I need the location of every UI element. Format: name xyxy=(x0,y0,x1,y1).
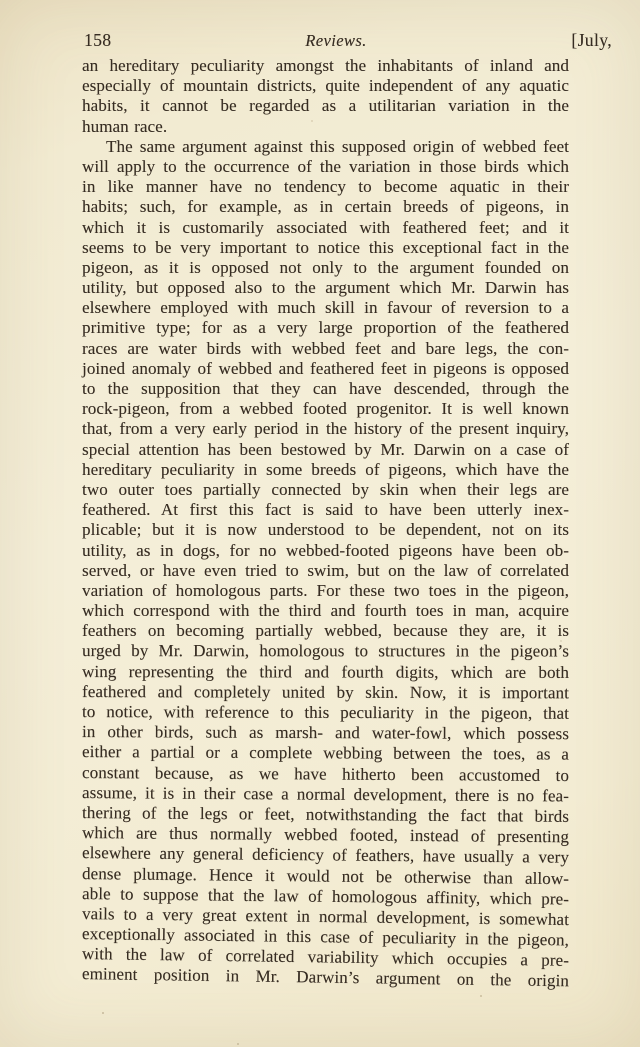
issue-date-label: [July, xyxy=(379,30,612,51)
text-line: races are water birds with webbed feet a… xyxy=(82,339,569,359)
paper-specks xyxy=(0,0,2,2)
text-line: pigeon, as it is opposed not only to the… xyxy=(82,258,569,278)
text-line: habits; such, for example, as in certain… xyxy=(82,197,569,217)
text-line: plicable; but it is now understood to be… xyxy=(82,520,569,540)
text-line: two outer toes partially connected by sk… xyxy=(82,480,569,500)
text-line: an hereditary peculiarity amongst the in… xyxy=(82,56,569,76)
text-line: urged by Mr. Darwin, homologous to struc… xyxy=(82,641,569,662)
text-line: to notice, with reference to this peculi… xyxy=(82,702,569,724)
text-line: primitive type; for as a very large prop… xyxy=(82,318,569,338)
text-line: either a partial or a complete webbing b… xyxy=(82,742,569,765)
page-number: 158 xyxy=(84,30,317,51)
text-line: in other birds, such as marsh- and water… xyxy=(82,722,569,744)
text-line: wing representing the third and fourth d… xyxy=(82,662,569,683)
text-line: hereditary peculiarity in some breeds of… xyxy=(82,460,569,480)
text-line: utility, but opposed also to the argumen… xyxy=(82,278,569,298)
text-line: habits, it cannot be regarded as a utili… xyxy=(82,96,569,116)
text-line: special attention has been bestowed by M… xyxy=(82,440,569,460)
page-body: an hereditary peculiarity amongst the in… xyxy=(82,56,569,985)
text-line: joined anomaly of webbed and feathered f… xyxy=(82,359,569,379)
text-line: feathered. At first this fact is said to… xyxy=(82,500,569,520)
text-line: that, from a very early period in the hi… xyxy=(82,419,569,439)
text-line: constant because, as we have hitherto be… xyxy=(82,763,569,786)
text-line: especially of mountain districts, quite … xyxy=(82,76,569,96)
text-line: variation of homologous parts. For these… xyxy=(82,581,569,601)
page-header: 158 Reviews. [July, xyxy=(84,30,612,51)
text-line: rock-pigeon, from a webbed footed progen… xyxy=(82,399,569,419)
text-line: to the supposition that they can have de… xyxy=(82,379,569,399)
text-line: served, or have even tried to swim, but … xyxy=(82,561,569,581)
text-line: feathered and completely united by skin.… xyxy=(82,682,569,703)
text-line: elsewhere employed with much skill in fa… xyxy=(82,298,569,318)
text-line: seems to be very important to notice thi… xyxy=(82,238,569,258)
running-title: Reviews. xyxy=(305,31,366,51)
text-line: feathers on becoming partially webbed, b… xyxy=(82,621,569,641)
text-line: which correspond with the third and four… xyxy=(82,601,569,621)
text-line: in like manner have no tendency to becom… xyxy=(82,177,569,197)
text-line: will apply to the occurrence of the vari… xyxy=(82,157,569,177)
text-line: which it is customarily associated with … xyxy=(82,218,569,238)
book-page: 158 Reviews. [July, an hereditary peculi… xyxy=(0,0,640,1047)
text-line: human race. xyxy=(82,117,569,137)
text-line: utility, as in dogs, for no webbed-foote… xyxy=(82,541,569,561)
text-line: The same argument against this supposed … xyxy=(82,137,569,157)
